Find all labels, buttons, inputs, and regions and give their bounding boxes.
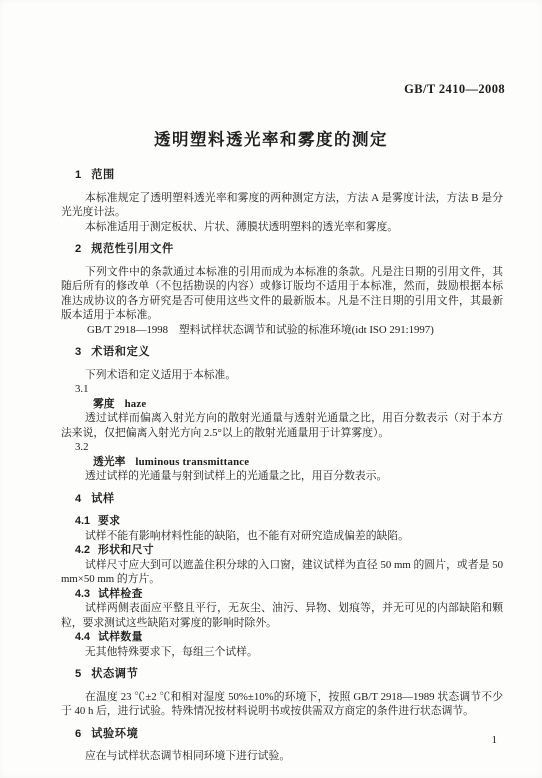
clause-heading: 5状态调节 bbox=[61, 667, 503, 682]
clause-heading: 4试样 bbox=[61, 492, 503, 507]
clause-title: 术语和定义 bbox=[91, 346, 150, 358]
subclause-number: 4.2 bbox=[75, 543, 90, 558]
term-number: 3.1 bbox=[61, 382, 503, 397]
term-en: luminous transmittance bbox=[135, 456, 249, 468]
clause-heading: 6试验环境 bbox=[61, 727, 503, 742]
paragraph: 应在与试样状态调节相同环境下进行试验。 bbox=[61, 749, 503, 764]
subclause-number: 4.4 bbox=[75, 630, 90, 645]
clause-title: 状态调节 bbox=[91, 668, 138, 680]
clause-number: 1 bbox=[75, 168, 81, 183]
clause-title: 范围 bbox=[91, 169, 115, 181]
page-number: 1 bbox=[492, 734, 498, 746]
subclause-number: 4.1 bbox=[75, 514, 90, 529]
paragraph: 透过试样的光通量与射到试样上的光通量之比，用百分数表示。 bbox=[61, 469, 503, 484]
clause-number: 4 bbox=[75, 492, 81, 507]
paragraph: 本标准适用于测定板状、片状、薄膜状透明塑料的透光率和雾度。 bbox=[61, 220, 503, 235]
term-en: haze bbox=[125, 398, 147, 410]
reference-entry: GB/T 2918—1998 塑料试样状态调节和试验的标准环境(idt ISO … bbox=[61, 323, 503, 338]
document-title: 透明塑料透光率和雾度的测定 bbox=[0, 126, 542, 150]
clause-title: 试样 bbox=[91, 493, 115, 505]
subclause-title: 试样检查 bbox=[98, 588, 143, 600]
paragraph: 下列文件中的条款通过本标准的引用而成为本标准的条款。凡是注日期的引用文件，其随后… bbox=[61, 265, 503, 323]
paragraph: 透过试样而偏离入射光方向的散射光通量与透射光通量之比，用百分数表示（对于本方法来… bbox=[61, 411, 503, 440]
clause-number: 5 bbox=[75, 667, 81, 682]
term-zh: 雾度 bbox=[93, 398, 115, 410]
clause-heading: 1范围 bbox=[61, 168, 503, 183]
term-line: 雾度haze bbox=[61, 397, 503, 412]
subclause-title: 要求 bbox=[98, 515, 120, 527]
clause-number: 3 bbox=[75, 345, 81, 360]
subclause-number: 4.3 bbox=[75, 587, 90, 602]
paragraph: 试样不能有影响材料性能的缺陷，也不能有对研究造成偏差的缺陷。 bbox=[61, 529, 503, 544]
subclause-title: 试样数量 bbox=[98, 631, 143, 643]
subclause-heading: 4.2形状和尺寸 bbox=[61, 543, 503, 558]
subclause-title: 形状和尺寸 bbox=[98, 544, 154, 556]
term-number: 3.2 bbox=[61, 440, 503, 455]
document-body: 1范围本标准规定了透明塑料透光率和雾度的两种测定方法，方法 A 是雾度计法，方法… bbox=[61, 160, 503, 764]
paragraph: 本标准规定了透明塑料透光率和雾度的两种测定方法，方法 A 是雾度计法，方法 B … bbox=[61, 191, 503, 220]
paragraph: 在温度 23 ℃±2 ℃和相对湿度 50%±10%的环境下，按照 GB/T 29… bbox=[61, 690, 503, 719]
document-page: GB/T 2410—2008 透明塑料透光率和雾度的测定 1范围本标准规定了透明… bbox=[0, 0, 542, 778]
standard-code: GB/T 2410—2008 bbox=[404, 82, 505, 97]
term-line: 透光率luminous transmittance bbox=[61, 455, 503, 470]
clause-title: 规范性引用文件 bbox=[91, 243, 174, 255]
clause-number: 6 bbox=[75, 727, 81, 742]
paragraph: 试样两侧表面应平整且平行，无灰尘、油污、异物、划痕等，并无可见的内部缺陷和颗粒，… bbox=[61, 601, 503, 630]
paragraph: 下列术语和定义适用于本标准。 bbox=[61, 368, 503, 383]
subclause-heading: 4.4试样数量 bbox=[61, 630, 503, 645]
subclause-heading: 4.3试样检查 bbox=[61, 587, 503, 602]
clause-heading: 3术语和定义 bbox=[61, 345, 503, 360]
paragraph: 试样尺寸应大到可以遮盖住积分球的入口窗，建议试样为直径 50 mm 的圆片，或者… bbox=[61, 558, 503, 587]
clause-number: 2 bbox=[75, 242, 81, 257]
clause-heading: 2规范性引用文件 bbox=[61, 242, 503, 257]
term-zh: 透光率 bbox=[93, 456, 125, 468]
clause-title: 试验环境 bbox=[91, 728, 138, 740]
subclause-heading: 4.1要求 bbox=[61, 514, 503, 529]
paragraph: 无其他特殊要求下，每组三个试样。 bbox=[61, 645, 503, 660]
